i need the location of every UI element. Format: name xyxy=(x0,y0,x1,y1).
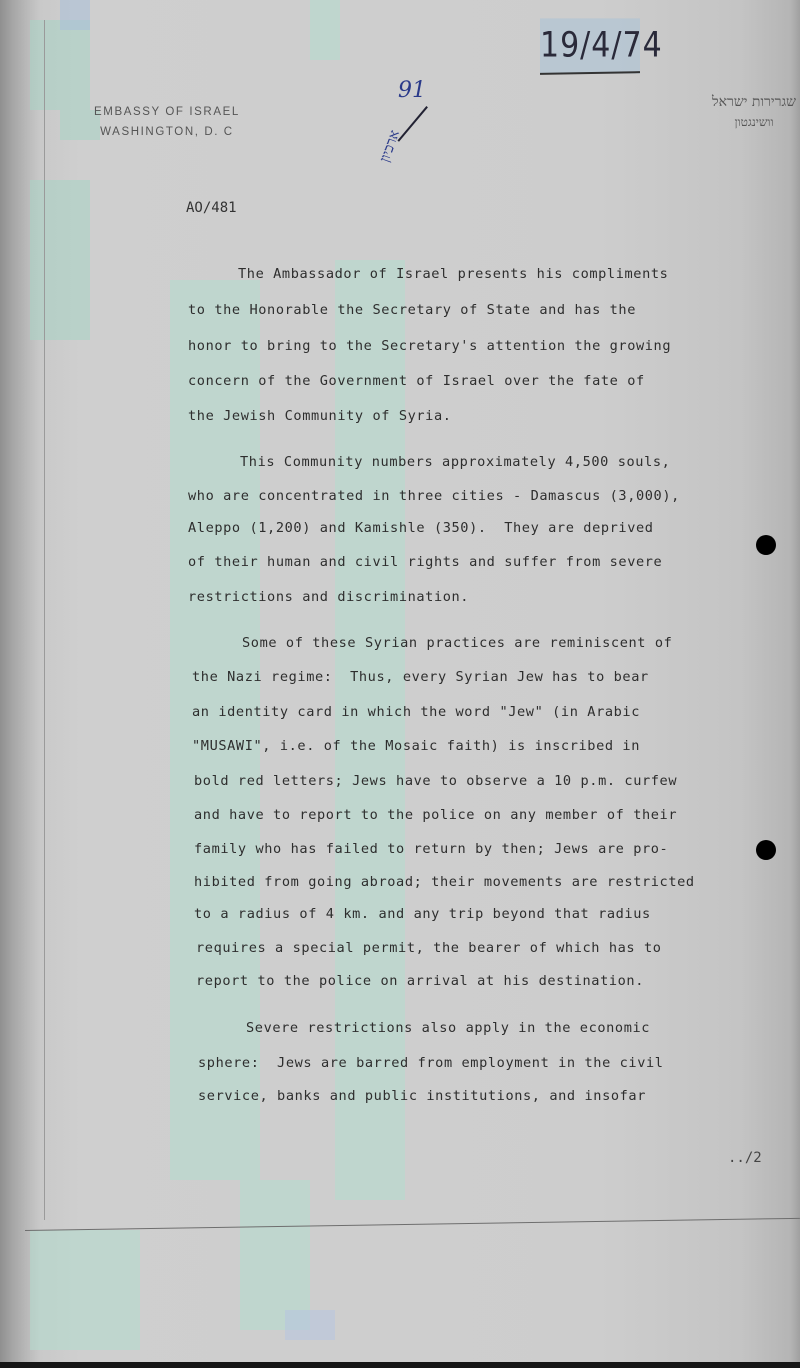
text-line: to a radius of 4 km. and any trip beyond… xyxy=(194,906,651,922)
scanned-page: 19/4/74 EMBASSY OF ISRAEL WASHINGTON, D.… xyxy=(0,0,800,1362)
scan-border xyxy=(0,1362,800,1368)
scan-artifact xyxy=(285,1310,335,1340)
handwritten-annotation: 91 ארכיון xyxy=(380,78,440,178)
punch-hole xyxy=(756,535,776,555)
text-line: hibited from going abroad; their movemen… xyxy=(194,874,695,890)
reference-number: AO/481 xyxy=(186,200,237,216)
text-line: Some of these Syrian practices are remin… xyxy=(242,635,672,651)
text-line: service, banks and public institutions, … xyxy=(198,1088,646,1104)
scan-artifact xyxy=(30,180,90,340)
text-line: restrictions and discrimination. xyxy=(188,589,469,605)
text-line: Severe restrictions also apply in the ec… xyxy=(246,1020,650,1036)
handwritten-number: 91 xyxy=(398,78,426,103)
letterhead-embassy: EMBASSY OF ISRAEL xyxy=(94,102,240,122)
text-line: the Jewish Community of Syria. xyxy=(188,408,452,424)
scan-artifact xyxy=(30,1230,140,1350)
page-edge xyxy=(44,20,45,1220)
text-line: to the Honorable the Secretary of State … xyxy=(188,302,636,318)
text-line: of their human and civil rights and suff… xyxy=(188,554,662,570)
text-line: and have to report to the police on any … xyxy=(194,807,677,823)
date-stamp: 19/4/74 xyxy=(540,18,640,73)
fold-line xyxy=(25,1218,800,1231)
text-line: Aleppo (1,200) and Kamishle (350). They … xyxy=(188,520,654,536)
scan-artifact xyxy=(30,20,90,110)
text-line: family who has failed to return by then;… xyxy=(194,841,668,857)
letterhead-city-hebrew: וושינגטון xyxy=(712,112,796,132)
letterhead-embassy-hebrew: שגרירות ישראל xyxy=(712,92,796,112)
text-line: concern of the Government of Israel over… xyxy=(188,373,645,389)
text-line: This Community numbers approximately 4,5… xyxy=(240,454,670,470)
text-line: requires a special permit, the bearer of… xyxy=(196,940,662,956)
text-line: who are concentrated in three cities - D… xyxy=(188,488,680,504)
text-line: the Nazi regime: Thus, every Syrian Jew … xyxy=(192,669,649,685)
text-line: an identity card in which the word "Jew"… xyxy=(192,704,640,720)
punch-hole xyxy=(756,840,776,860)
handwritten-text: ארכיון xyxy=(377,128,404,165)
scan-artifact xyxy=(310,0,340,60)
text-line: honor to bring to the Secretary's attent… xyxy=(188,338,671,354)
stamp-underline xyxy=(540,71,640,75)
text-line: The Ambassador of Israel presents his co… xyxy=(238,266,668,282)
text-line: sphere: Jews are barred from employment … xyxy=(198,1055,664,1071)
scan-artifact xyxy=(240,1180,310,1330)
text-line: bold red letters; Jews have to observe a… xyxy=(194,773,677,789)
letterhead-english: EMBASSY OF ISRAEL WASHINGTON, D. C xyxy=(94,102,240,142)
scan-artifact xyxy=(60,0,90,30)
page-continuation: ../2 xyxy=(728,1150,762,1166)
letterhead-hebrew: שגרירות ישראל וושינגטון xyxy=(712,92,796,132)
letterhead-city: WASHINGTON, D. C xyxy=(94,122,240,142)
text-line: "MUSAWI", i.e. of the Mosaic faith) is i… xyxy=(192,738,640,754)
text-line: report to the police on arrival at his d… xyxy=(196,973,644,989)
